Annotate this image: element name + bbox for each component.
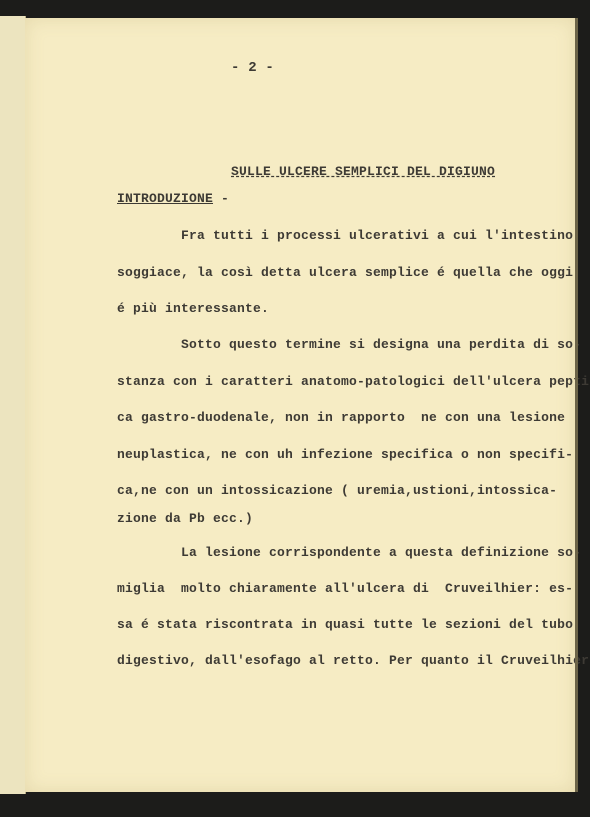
section-heading-dash: -: [213, 191, 229, 206]
body-line: ca,ne con un intossicazione ( uremia,ust…: [117, 483, 557, 498]
document-title-text: SULLE ULCERE SEMPLICI DEL DIGIUNO: [231, 164, 495, 179]
body-line: neuplastica, ne con uh infezione specifi…: [117, 447, 573, 462]
page-number: - 2 -: [231, 60, 274, 76]
body-line: ca gastro-duodenale, non in rapporto ne …: [117, 410, 565, 425]
body-line: soggiace, la così detta ulcera semplice …: [117, 265, 573, 280]
body-line: digestivo, dall'esofago al retto. Per qu…: [117, 653, 589, 668]
body-line: zione da Pb ecc.): [117, 511, 253, 526]
document-title: SULLE ULCERE SEMPLICI DEL DIGIUNO: [199, 149, 495, 194]
body-line: stanza con i caratteri anatomo-patologic…: [117, 374, 590, 389]
body-line: La lesione corrispondente a questa defin…: [117, 545, 581, 560]
body-line: Fra tutti i processi ulcerativi a cui l'…: [117, 228, 573, 243]
section-heading: INTRODUZIONE -: [117, 191, 229, 206]
previous-page-edge: [0, 16, 26, 794]
section-heading-text: INTRODUZIONE: [117, 191, 213, 206]
body-line: sa é stata riscontrata in quasi tutte le…: [117, 617, 573, 632]
page-edge-shadow: [575, 18, 578, 792]
body-line: é più interessante.: [117, 301, 269, 316]
body-line: Sotto questo termine si designa una perd…: [117, 337, 581, 352]
body-line: miglia molto chiaramente all'ulcera di C…: [117, 581, 573, 596]
typewritten-page: - 2 - SULLE ULCERE SEMPLICI DEL DIGIUNO …: [25, 18, 575, 792]
